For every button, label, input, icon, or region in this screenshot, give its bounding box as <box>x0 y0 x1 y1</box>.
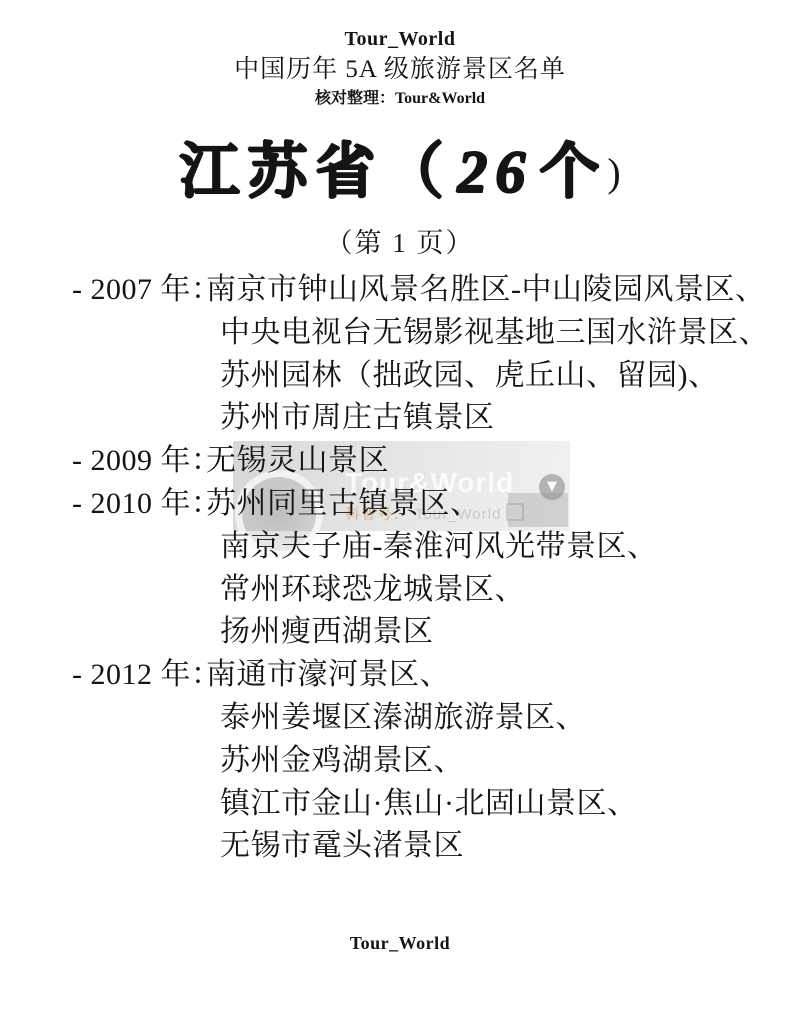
list-item: - 2009 年： 无锡灵山景区 <box>72 440 780 483</box>
section-title: 江苏省（26个) <box>0 136 800 209</box>
attraction-name: 泰州姜堰区溱湖旅游景区、 <box>220 697 586 740</box>
footer-brand: Tour_World <box>0 933 800 954</box>
checked-by-value: Tour&World <box>395 90 485 107</box>
year-label: - 2010 年： <box>72 483 206 526</box>
attraction-name: 无锡灵山景区 <box>206 440 389 483</box>
list-item: - 2007 年： 南京市钟山风景名胜区-中山陵园风景区、 <box>72 269 780 312</box>
list-item: 中央电视台无锡影视基地三国水浒景区、 <box>72 312 780 355</box>
attraction-name: 南京夫子庙-秦淮河风光带景区、 <box>220 526 658 569</box>
year-label: - 2009 年： <box>72 440 206 483</box>
document-page: Tour&World ▼ 科普号：Tour_World Tour_World 中… <box>0 0 800 1028</box>
section-title-count: 26 <box>451 139 539 205</box>
section-title-close-paren: ) <box>607 150 620 195</box>
year-label: - 2007 年： <box>72 269 206 312</box>
list-item: 镇江市金山·焦山·北固山景区、 <box>72 783 780 826</box>
page-number-label: （第 1 页） <box>0 224 800 262</box>
list-item: 无锡市鼋头渚景区 <box>72 825 780 868</box>
list-item: 泰州姜堰区溱湖旅游景区、 <box>72 697 780 740</box>
attraction-name: 苏州金鸡湖景区、 <box>220 740 464 783</box>
checked-by-label: 核对整理： <box>315 90 395 107</box>
attraction-name: 苏州市周庄古镇景区 <box>220 397 495 440</box>
list-item: - 2012 年： 南通市濠河景区、 <box>72 654 780 697</box>
year-label: - 2012 年： <box>72 654 206 697</box>
attraction-name: 苏州同里古镇景区、 <box>206 483 481 526</box>
attraction-name: 扬州瘦西湖景区 <box>220 611 434 654</box>
list-item: 南京夫子庙-秦淮河风光带景区、 <box>72 526 780 569</box>
page-header: Tour_World 中国历年 5A 级旅游景区名单 核对整理：Tour&Wor… <box>0 0 800 110</box>
attraction-name: 无锡市鼋头渚景区 <box>220 825 464 868</box>
document-title: 中国历年 5A 级旅游景区名单 <box>0 53 800 86</box>
list-item: 苏州金鸡湖景区、 <box>72 740 780 783</box>
attraction-name: 南通市濠河景区、 <box>206 654 450 697</box>
attraction-name: 中央电视台无锡影视基地三国水浒景区、 <box>220 312 769 355</box>
list-item: - 2010 年： 苏州同里古镇景区、 <box>72 483 780 526</box>
checked-by-line: 核对整理：Tour&World <box>0 88 800 110</box>
attraction-name: 常州环球恐龙城景区、 <box>220 569 525 612</box>
attraction-name: 南京市钟山风景名胜区-中山陵园风景区、 <box>206 269 766 312</box>
attraction-name: 镇江市金山·焦山·北固山景区、 <box>220 783 637 826</box>
list-item: 扬州瘦西湖景区 <box>72 611 780 654</box>
list-item: 常州环球恐龙城景区、 <box>72 569 780 612</box>
section-title-prefix: 江苏省（ <box>179 139 451 205</box>
attraction-list: - 2007 年： 南京市钟山风景名胜区-中山陵园风景区、 中央电视台无锡影视基… <box>72 269 780 868</box>
section-title-unit: 个 <box>539 139 607 205</box>
attraction-name: 苏州园林（拙政园、虎丘山、留园)、 <box>220 355 719 398</box>
list-item: 苏州市周庄古镇景区 <box>72 397 780 440</box>
list-item: 苏州园林（拙政园、虎丘山、留园)、 <box>72 355 780 398</box>
header-brand: Tour_World <box>0 27 800 51</box>
